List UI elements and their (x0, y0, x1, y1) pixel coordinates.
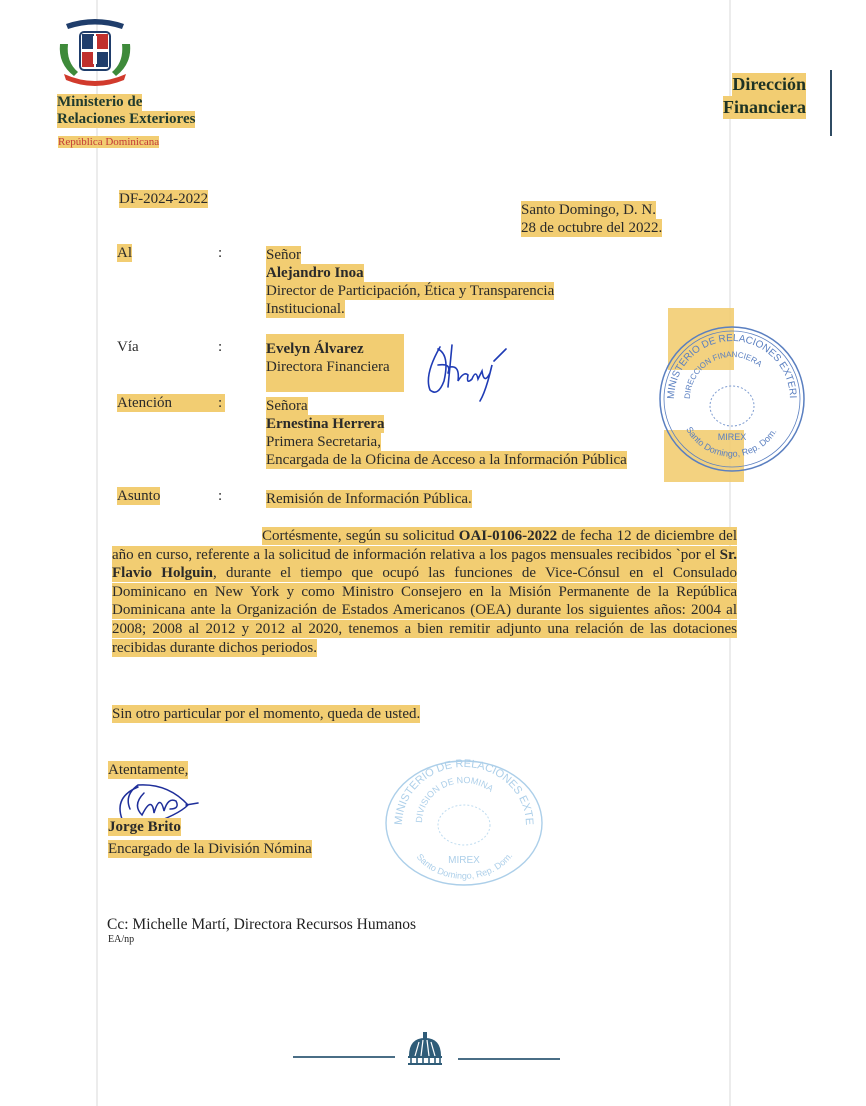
coat-of-arms-icon (56, 14, 134, 86)
request-id: OAI-0106-2022 (459, 527, 557, 545)
addressee-to: Señor Alejandro Inoa Director de Partici… (266, 246, 554, 318)
via-name: Evelyn Álvarez (266, 341, 364, 357)
ministry-name-line2: Relaciones Exteriores (57, 111, 195, 128)
department-line1: Dirección (732, 73, 806, 96)
scan-fold-line (96, 0, 98, 1106)
addressee-title: Señor (266, 246, 301, 264)
via-role: Directora Financiera (266, 359, 390, 375)
date: 28 de octubre del 2022. (521, 219, 662, 237)
reference-number: DF-2024-2022 (119, 190, 208, 208)
attention-office: Encargada de la Oficina de Acceso a la I… (266, 451, 627, 469)
signature-evelyn-alvarez (420, 335, 510, 405)
body-text-intro: Cortésmente, según su solicitud (262, 527, 459, 545)
addressee-role-cont: Institucional. (266, 300, 345, 318)
addressee-role: Director de Participación, Ética y Trans… (266, 282, 554, 300)
finance-department-seal: MINISTERIO DE RELACIONES EXTERIORES DIRE… (652, 324, 812, 474)
svg-text:MINISTERIO DE RELACIONES EXTER: MINISTERIO DE RELACIONES EXTERIORES (380, 755, 535, 826)
ministry-name: Ministerio de Relaciones Exteriores (57, 94, 195, 128)
cc-role: , Directora Recursos Humanos (226, 916, 416, 933)
addressee-name: Alejandro Inoa (266, 264, 364, 282)
colon: : (218, 244, 222, 262)
signer-name: Jorge Brito (108, 818, 181, 836)
label-to: Al (117, 244, 132, 262)
attention-person: Señora Ernestina Herrera Primera Secreta… (266, 397, 627, 469)
subject-text: Remisión de Información Pública. (266, 490, 472, 508)
ministry-name-line1: Ministerio de (57, 94, 142, 111)
colon: : (218, 394, 222, 412)
cc-prefix: Cc: (107, 916, 132, 933)
via-person: Evelyn Álvarez Directora Financiera (266, 334, 404, 392)
colon: : (218, 487, 222, 505)
svg-text:MIREX: MIREX (448, 855, 480, 866)
colon: : (218, 338, 222, 356)
palace-dome-icon (405, 1030, 445, 1066)
attention-role: Primera Secretaria, (266, 433, 381, 451)
place-date: Santo Domingo, D. N. 28 de octubre del 2… (521, 201, 662, 237)
typist-initials: EA/np (108, 934, 134, 945)
signer-role: Encargado de la División Nómina (108, 840, 312, 858)
attention-name: Ernestina Herrera (266, 415, 384, 433)
country-name: República Dominicana (58, 136, 159, 148)
footer-line-left (293, 1056, 395, 1058)
svg-text:MINISTERIO DE RELACIONES EXTER: MINISTERIO DE RELACIONES EXTERIORES (652, 324, 798, 399)
payroll-division-seal: MINISTERIO DE RELACIONES EXTERIORES DIVI… (380, 755, 546, 887)
body-paragraph: Cortésmente, según su solicitud OAI-0106… (112, 527, 737, 657)
closing-sentence: Sin otro particular por el momento, qued… (112, 705, 420, 723)
department-name: Dirección Financiera (723, 73, 806, 119)
label-subject: Asunto (117, 487, 160, 505)
header-divider (830, 70, 832, 136)
department-line2: Financiera (723, 96, 806, 119)
footer-line-right (458, 1058, 560, 1060)
label-attention: Atención (117, 394, 225, 412)
carbon-copy: Cc: Michelle Martí, Directora Recursos H… (107, 916, 416, 934)
place: Santo Domingo, D. N. (521, 201, 656, 219)
label-via: Vía (117, 338, 139, 356)
attention-title: Señora (266, 397, 308, 415)
cc-name: Michelle Martí (132, 916, 225, 933)
svg-text:MIREX: MIREX (718, 432, 747, 442)
